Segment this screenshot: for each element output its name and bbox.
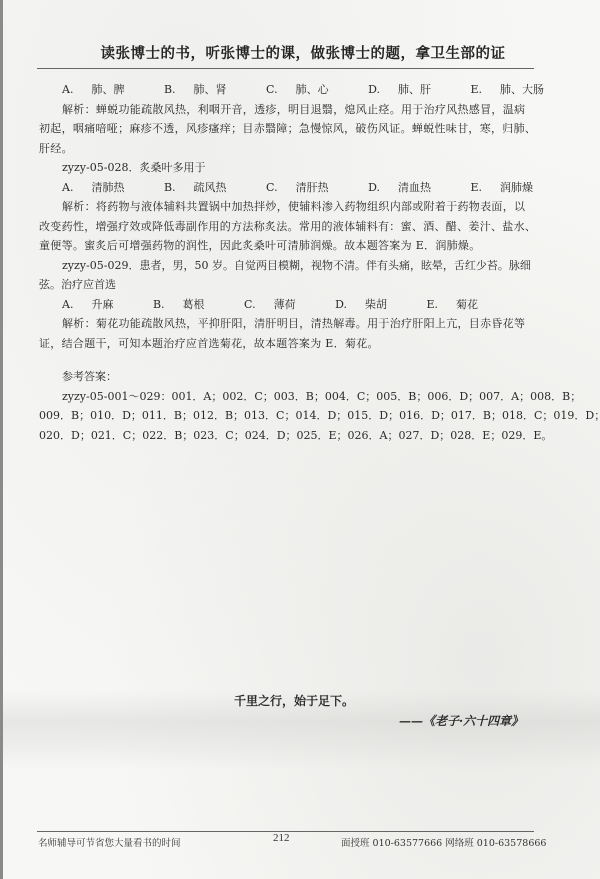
analysis-line: 初起，咽痛喑哑；麻疹不透，风疹瘙痒；目赤翳障；急慢惊风，破伤风证。蝉蜕性味甘，寒… xyxy=(39,119,539,139)
analysis-line: 肝经。 xyxy=(39,139,539,159)
analysis-line: 解析：将药物与液体辅料共置锅中加热拌炒，使辅料渗入药物组织内部或附着于药物表面，… xyxy=(39,197,539,217)
spacer xyxy=(39,353,539,367)
option-b: B.肺、肾 xyxy=(164,80,245,100)
options-q029: A.升麻 B.葛根 C.薄荷 D.柴胡 E.菊花 xyxy=(39,295,539,315)
analysis-line: 改变药性，增强疗效或降低毒副作用的方法称炙法。常用的液体辅料有：蜜、酒、醋、姜汁… xyxy=(39,217,539,237)
question-stem-029-cont: 弦。治疗应首选 xyxy=(39,275,539,295)
motto-quote: 千里之行，始于足下。 xyxy=(234,692,354,709)
option-c: C.肺、心 xyxy=(266,80,347,100)
option-e: E.肺、大肠 xyxy=(471,80,563,100)
footer-contact: 面授班 010-63577666 网络班 010-63578666 xyxy=(341,835,546,849)
option-a: A.清肺热 xyxy=(62,178,142,198)
option-b: B.疏风热 xyxy=(164,178,245,198)
answers-line: 009．B；010．D；011．B；012．B；013．C；014．D；015．… xyxy=(39,406,539,426)
answers-line: zyzy-05-001～029：001．A；002．C；003．B；004．C；… xyxy=(39,387,539,407)
analysis-line: 童便等。蜜炙后可增强药物的润性，因此炙桑叶可清肺润燥。故本题答案为 E．润肺燥。 xyxy=(39,236,539,256)
option-b: B.葛根 xyxy=(153,295,223,315)
footer-slogan: 名师辅导可节省您大量看书的时间 xyxy=(38,835,181,849)
document-page: 读张博士的书，听张博士的课，做张博士的题，拿卫生部的证 A.肺、脾 B.肺、肾 … xyxy=(0,0,600,879)
option-a: A.升麻 xyxy=(62,295,131,315)
analysis-line: 解析：蝉蜕功能疏散风热，利咽开音，透疹，明目退翳，熄风止痉。用于治疗风热感冒，温… xyxy=(39,100,539,120)
header-rule xyxy=(37,68,534,69)
page-content: A.肺、脾 B.肺、肾 C.肺、心 D.肺、肝 E.肺、大肠 解析：蝉蜕功能疏散… xyxy=(39,80,539,445)
answers-line: 020．D；021．C；022．B；023．C；024．D；025．E；026．… xyxy=(39,426,539,446)
option-e: E.润肺燥 xyxy=(471,178,552,198)
page-number: 212 xyxy=(273,832,290,844)
question-stem-029: zyzy-05-029．患者，男，50 岁。自觉两目模糊，视物不清。伴有头痛，眩… xyxy=(39,256,539,276)
option-a: A.肺、脾 xyxy=(62,80,142,100)
running-header: 读张博士的书，听张博士的课，做张博士的题，拿卫生部的证 xyxy=(3,42,600,63)
question-stem-028: zyzy-05-028．炙桑叶多用于 xyxy=(39,158,539,178)
option-d: D.肺、肝 xyxy=(368,80,449,100)
analysis-line: 解析：菊花功能疏散风热，平抑肝阳，清肝明目，清热解毒。用于治疗肝阳上亢，目赤昏花… xyxy=(39,314,539,334)
option-c: C.薄荷 xyxy=(244,295,314,315)
options-q027: A.肺、脾 B.肺、肾 C.肺、心 D.肺、肝 E.肺、大肠 xyxy=(39,80,539,100)
option-d: D.柴胡 xyxy=(335,295,405,315)
option-e: E.菊花 xyxy=(427,295,497,315)
answers-heading: 参考答案： xyxy=(39,367,539,387)
option-d: D.清血热 xyxy=(368,178,449,198)
motto-source: ——《老子·六十四章》 xyxy=(399,712,523,729)
analysis-line: 证，结合题干，可知本题治疗应首选菊花，故本题答案为 E．菊花。 xyxy=(39,334,539,354)
option-c: C.清肝热 xyxy=(266,178,347,198)
options-q028: A.清肺热 B.疏风热 C.清肝热 D.清血热 E.润肺燥 xyxy=(39,178,539,198)
